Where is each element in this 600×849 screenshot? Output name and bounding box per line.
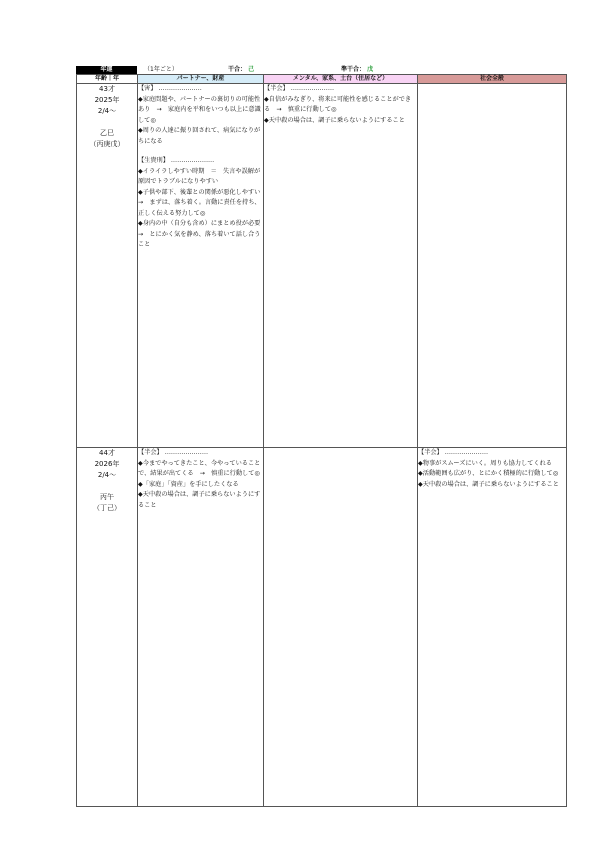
list-item: ◆子供や部下、後輩との関係が悪化しやすい → まずは、落ち着く。言動に責任を持ち…: [138, 188, 263, 220]
column-header-mental: メンタル、家系、土台（住居など）: [264, 75, 418, 84]
partner-cell: 【半会】 ………………… ◆今までやってきたこと、今やっていることで、結果が出て…: [138, 448, 264, 807]
table-row: 44才 2026年 2/4～ 丙午 （丁己） 【半会】 ………………… ◆今まで…: [77, 448, 567, 807]
list-item: ◆天中殺の場合は、調子に乗らないようにすること: [138, 490, 263, 511]
age-cell: 44才 2026年 2/4～ 丙午 （丁己）: [77, 448, 138, 807]
fortune-block: 【半会】 ………………… ◆自信がみなぎり、将来に可能性を感じることができる →…: [264, 84, 417, 126]
block-title: 【半会】 …………………: [138, 448, 263, 459]
list-item: ◆身内の中（自分も含め）にまとめ役が必要 → とにかく気を静め、落ち着いて話し合…: [138, 219, 263, 251]
list-item: ◆周りの人達に振り回されて、病気になりがちになる: [138, 126, 263, 147]
list-item: ◆天中殺の場合は、調子に乗らないようにすること: [418, 480, 566, 491]
kango-label: 干合：: [228, 66, 246, 73]
list-item: ◆「家庭」「資産」を手にしたくなる: [138, 480, 263, 491]
column-header-age-year: 年齢｜年: [77, 75, 138, 84]
block-title: 【半会】 …………………: [264, 84, 417, 95]
fortune-block: 【半会】 ………………… ◆物事がスムーズにいく。周りも協力してくれる ◆活動範…: [418, 448, 566, 490]
zokan: （丙庚戊）: [77, 139, 137, 150]
list-item: ◆イライラしやすい時期 ＝ 失言や誤解が原因でトラブルになりやすい: [138, 167, 263, 188]
block-title: 【半会】 …………………: [418, 448, 566, 459]
list-item: ◆家庭問題や、パートナーの裏切りの可能性あり → 家庭内を平和をいつも以上に意識…: [138, 95, 263, 127]
kango-value: 己: [248, 66, 254, 73]
social-cell: [418, 84, 567, 448]
list-item: ◆今までやってきたこと、今やっていることで、結果が出てくる → 慎重に行動して◎: [138, 459, 263, 480]
fortune-block: 【半会】 ………………… ◆今までやってきたこと、今やっていることで、結果が出て…: [138, 448, 263, 511]
kanshi: 乙巳: [77, 128, 137, 139]
social-cell: 【半会】 ………………… ◆物事がスムーズにいく。周りも協力してくれる ◆活動範…: [418, 448, 567, 807]
column-header-social: 社会全般: [418, 75, 567, 84]
list-item: ◆自信がみなぎり、将来に可能性を感じることができる → 慎重に行動して◎: [264, 95, 417, 116]
start-date: 2/4～: [77, 470, 137, 481]
fortune-table: 年齢｜年 パートナー、財産 メンタル、家系、土台（住居など） 社会全般 43才 …: [76, 74, 567, 807]
list-item: ◆物事がスムーズにいく。周りも協力してくれる: [418, 459, 566, 470]
list-item: ◆活動範囲も広がり、とにかく積極的に行動して◎: [418, 469, 566, 480]
start-date: 2/4～: [77, 106, 137, 117]
mental-cell: [264, 448, 418, 807]
mental-cell: 【半会】 ………………… ◆自信がみなぎり、将来に可能性を感じることができる →…: [264, 84, 418, 448]
age: 44才: [77, 448, 137, 459]
partner-cell: 【害】 ………………… ◆家庭問題や、パートナーの裏切りの可能性あり → 家庭内…: [138, 84, 264, 448]
zokan: （丁己）: [77, 503, 137, 514]
fortune-block: 【生貴刑】 ………………… ◆イライラしやすい時期 ＝ 失言や誤解が原因でトラブ…: [138, 156, 263, 251]
junkango: 準干合： 戊: [341, 66, 373, 74]
year: 2026年: [77, 459, 137, 470]
nenun-label: 年運: [76, 66, 137, 74]
junkango-label: 準干合：: [341, 66, 365, 73]
age-cell: 43才 2025年 2/4～ 乙巳 （丙庚戊）: [77, 84, 138, 448]
table-row: 43才 2025年 2/4～ 乙巳 （丙庚戊） 【害】 ………………… ◆家庭問…: [77, 84, 567, 448]
year: 2025年: [77, 95, 137, 106]
sheet-top-line: 年運 （1年ごと） 干合： 己 準干合： 戊: [76, 66, 566, 74]
list-item: ◆天中殺の場合は、調子に乗らないようにすること: [264, 116, 417, 127]
nenun-sheet: 年運 （1年ごと） 干合： 己 準干合： 戊 年齢｜年 パートナー、財産 メンタ…: [76, 66, 566, 807]
junkango-value: 戊: [367, 66, 373, 73]
age: 43才: [77, 84, 137, 95]
fortune-block: 【害】 ………………… ◆家庭問題や、パートナーの裏切りの可能性あり → 家庭内…: [138, 84, 263, 147]
column-header-row: 年齢｜年 パートナー、財産 メンタル、家系、土台（住居など） 社会全般: [77, 75, 567, 84]
kanshi: 丙午: [77, 492, 137, 503]
block-title: 【害】 …………………: [138, 84, 263, 95]
column-header-partner: パートナー、財産: [138, 75, 264, 84]
kango: 干合： 己: [228, 66, 254, 74]
unit-note: （1年ごと）: [144, 66, 178, 74]
block-title: 【生貴刑】 …………………: [138, 156, 263, 167]
